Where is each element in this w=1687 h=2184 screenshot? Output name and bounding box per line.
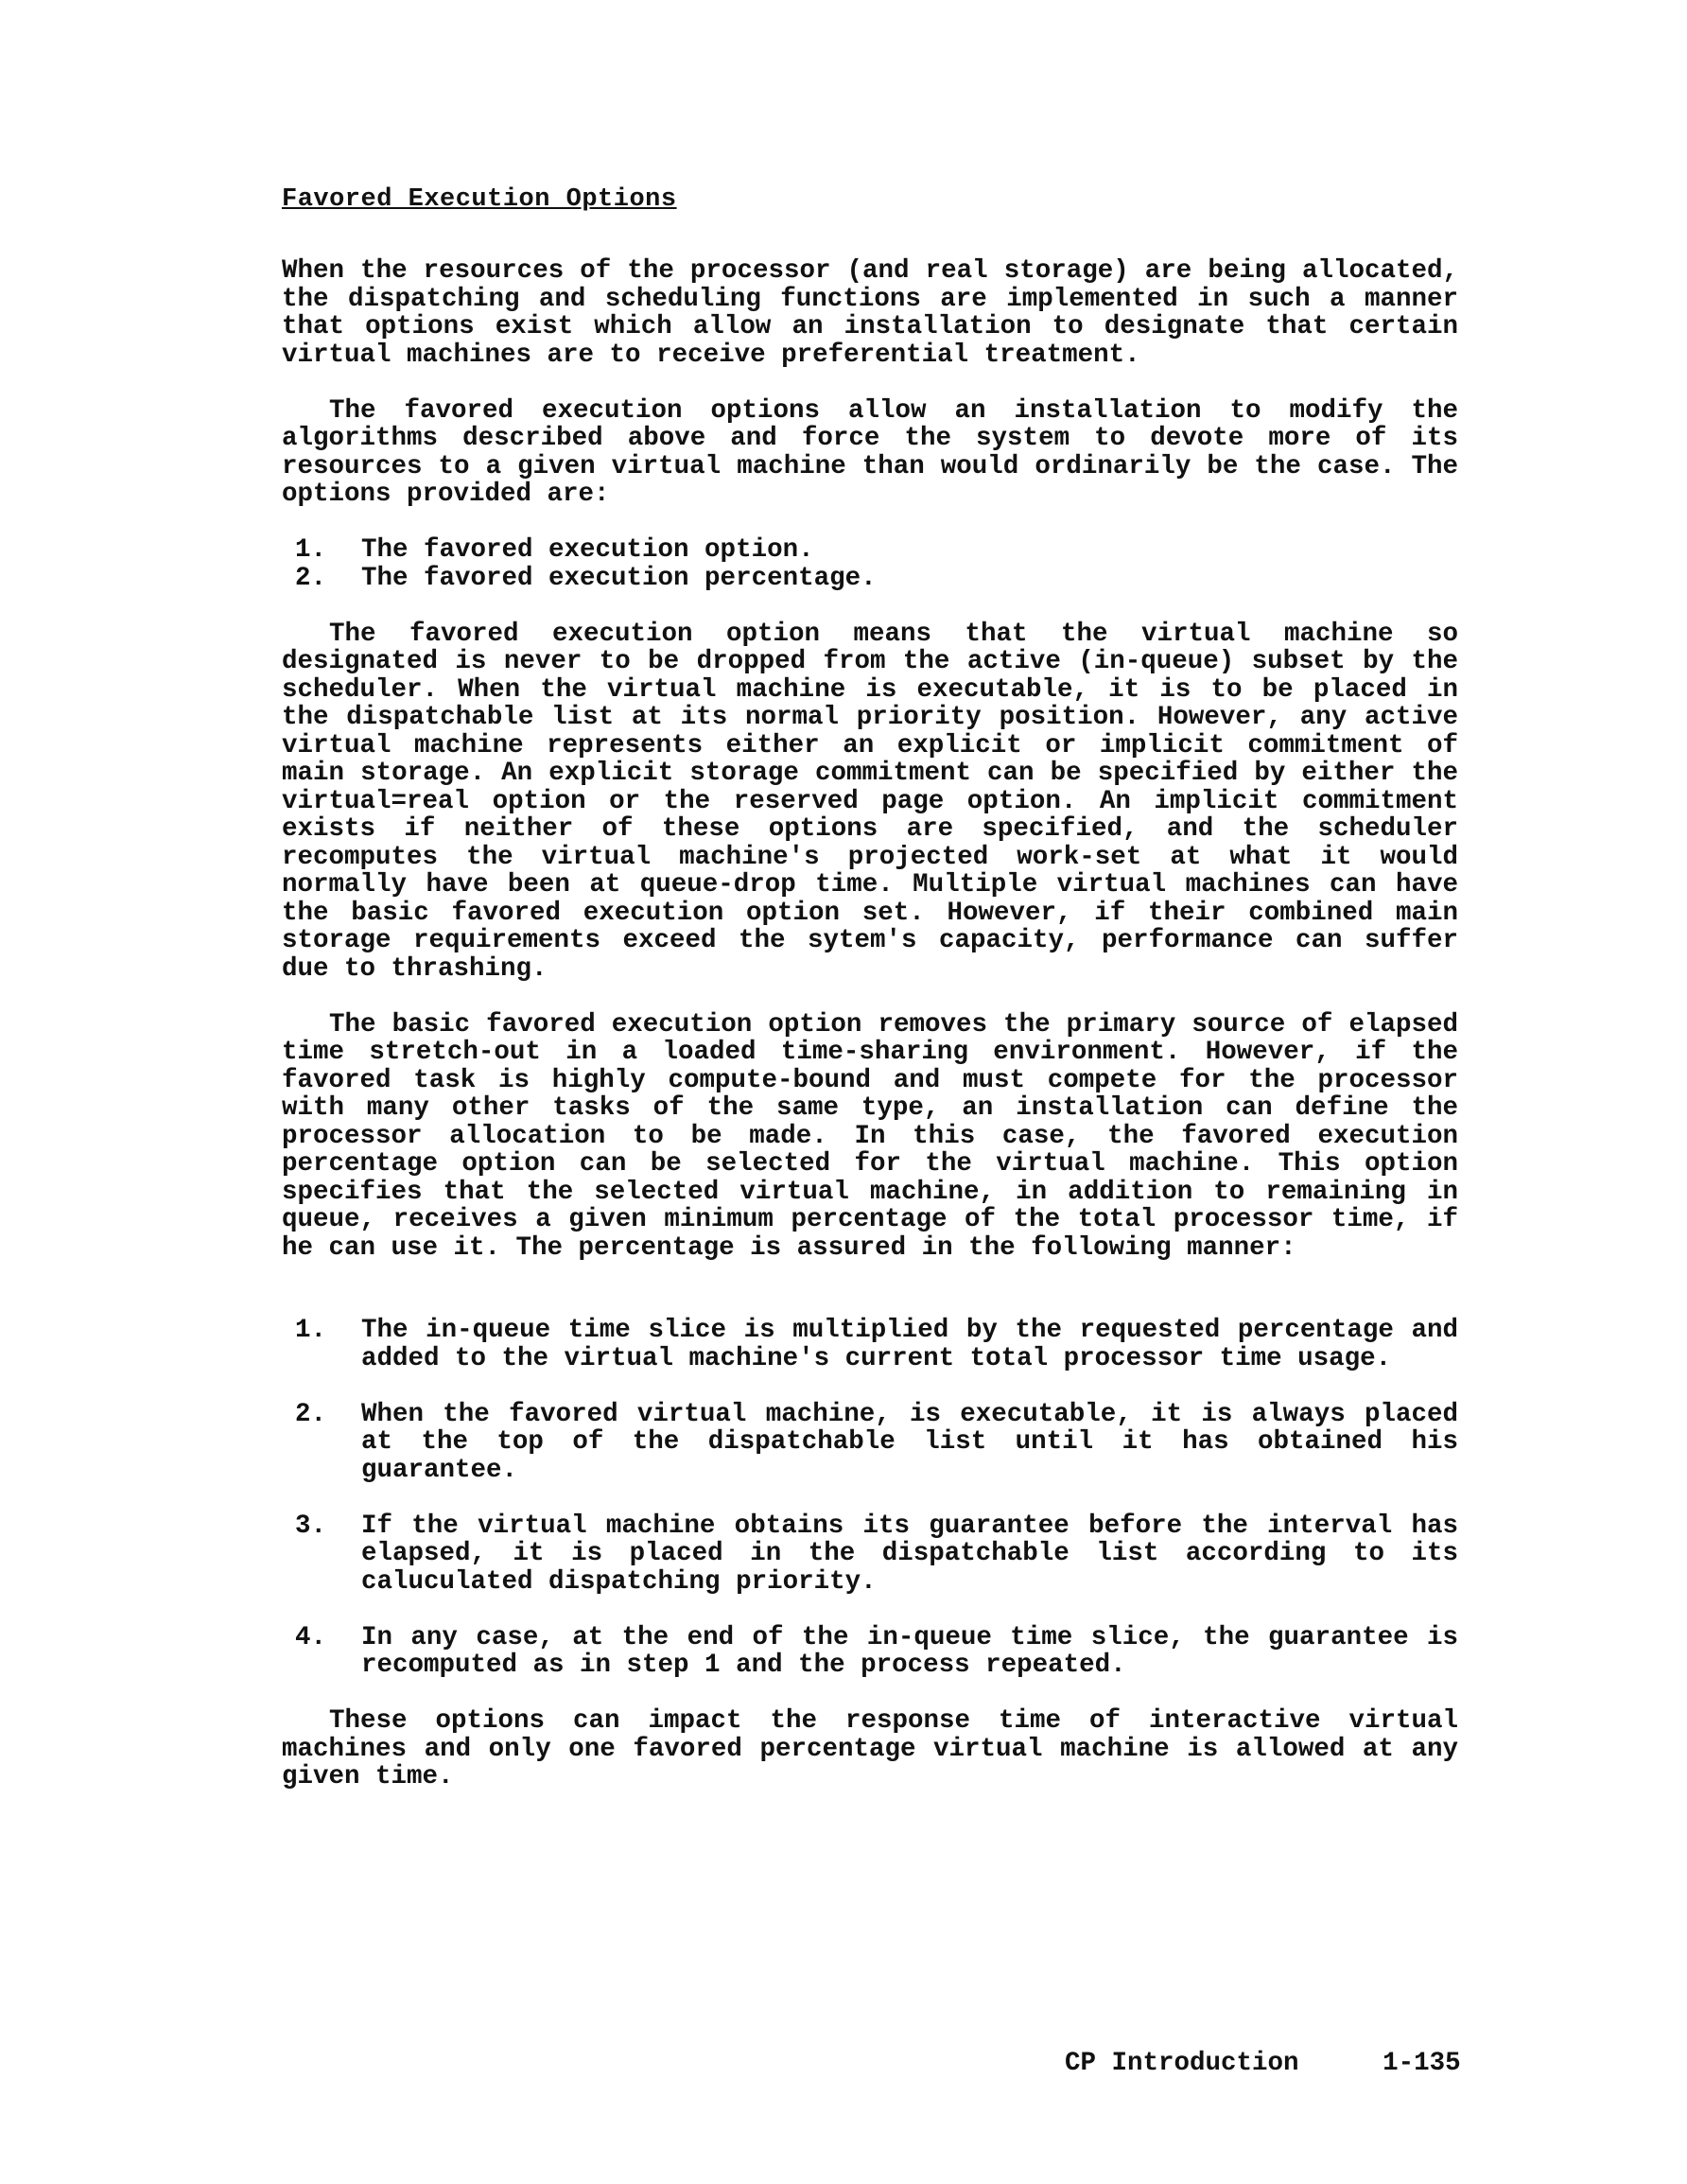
list-text: When the favored virtual machine, is exe…	[361, 1401, 1458, 1485]
list-item: 3. If the virtual machine obtains its gu…	[282, 1512, 1458, 1597]
list-text: The favored execution option.	[361, 536, 1458, 565]
list-item: 4. In any case, at the end of the in-que…	[282, 1624, 1458, 1680]
steps-list: 1. The in-queue time slice is multiplied…	[282, 1317, 1458, 1680]
page-footer: CP Introduction 1-135	[1065, 2049, 1461, 2078]
paragraph-conclusion: These options can impact the response ti…	[282, 1707, 1458, 1791]
paragraph-options-overview: The favored execution options allow an i…	[282, 397, 1458, 509]
list-number: 4.	[282, 1624, 361, 1680]
list-item: 2. The favored execution percentage.	[282, 565, 1458, 593]
list-number: 2.	[282, 1401, 361, 1485]
paragraph-favored-percentage: The basic favored execution option remov…	[282, 1011, 1458, 1263]
footer-section-name: CP Introduction	[1065, 2049, 1299, 2078]
list-text: In any case, at the end of the in-queue …	[361, 1624, 1458, 1680]
paragraph-intro: When the resources of the processor (and…	[282, 257, 1458, 369]
list-item: 1. The favored execution option.	[282, 536, 1458, 565]
list-number: 1.	[282, 536, 361, 565]
list-number: 3.	[282, 1512, 361, 1597]
list-text: The in-queue time slice is multiplied by…	[361, 1317, 1458, 1372]
list-text: If the virtual machine obtains its guara…	[361, 1512, 1458, 1597]
list-text: The favored execution percentage.	[361, 565, 1458, 593]
list-number: 2.	[282, 565, 361, 593]
list-item: 2. When the favored virtual machine, is …	[282, 1401, 1458, 1485]
paragraph-favored-option: The favored execution option means that …	[282, 620, 1458, 984]
page-number: 1-135	[1383, 2049, 1461, 2078]
list-item: 1. The in-queue time slice is multiplied…	[282, 1317, 1458, 1372]
list-number: 1.	[282, 1317, 361, 1372]
section-title: Favored Execution Options	[282, 185, 1458, 214]
document-page: Favored Execution Options When the resou…	[282, 185, 1458, 1819]
options-list: 1. The favored execution option. 2. The …	[282, 536, 1458, 592]
